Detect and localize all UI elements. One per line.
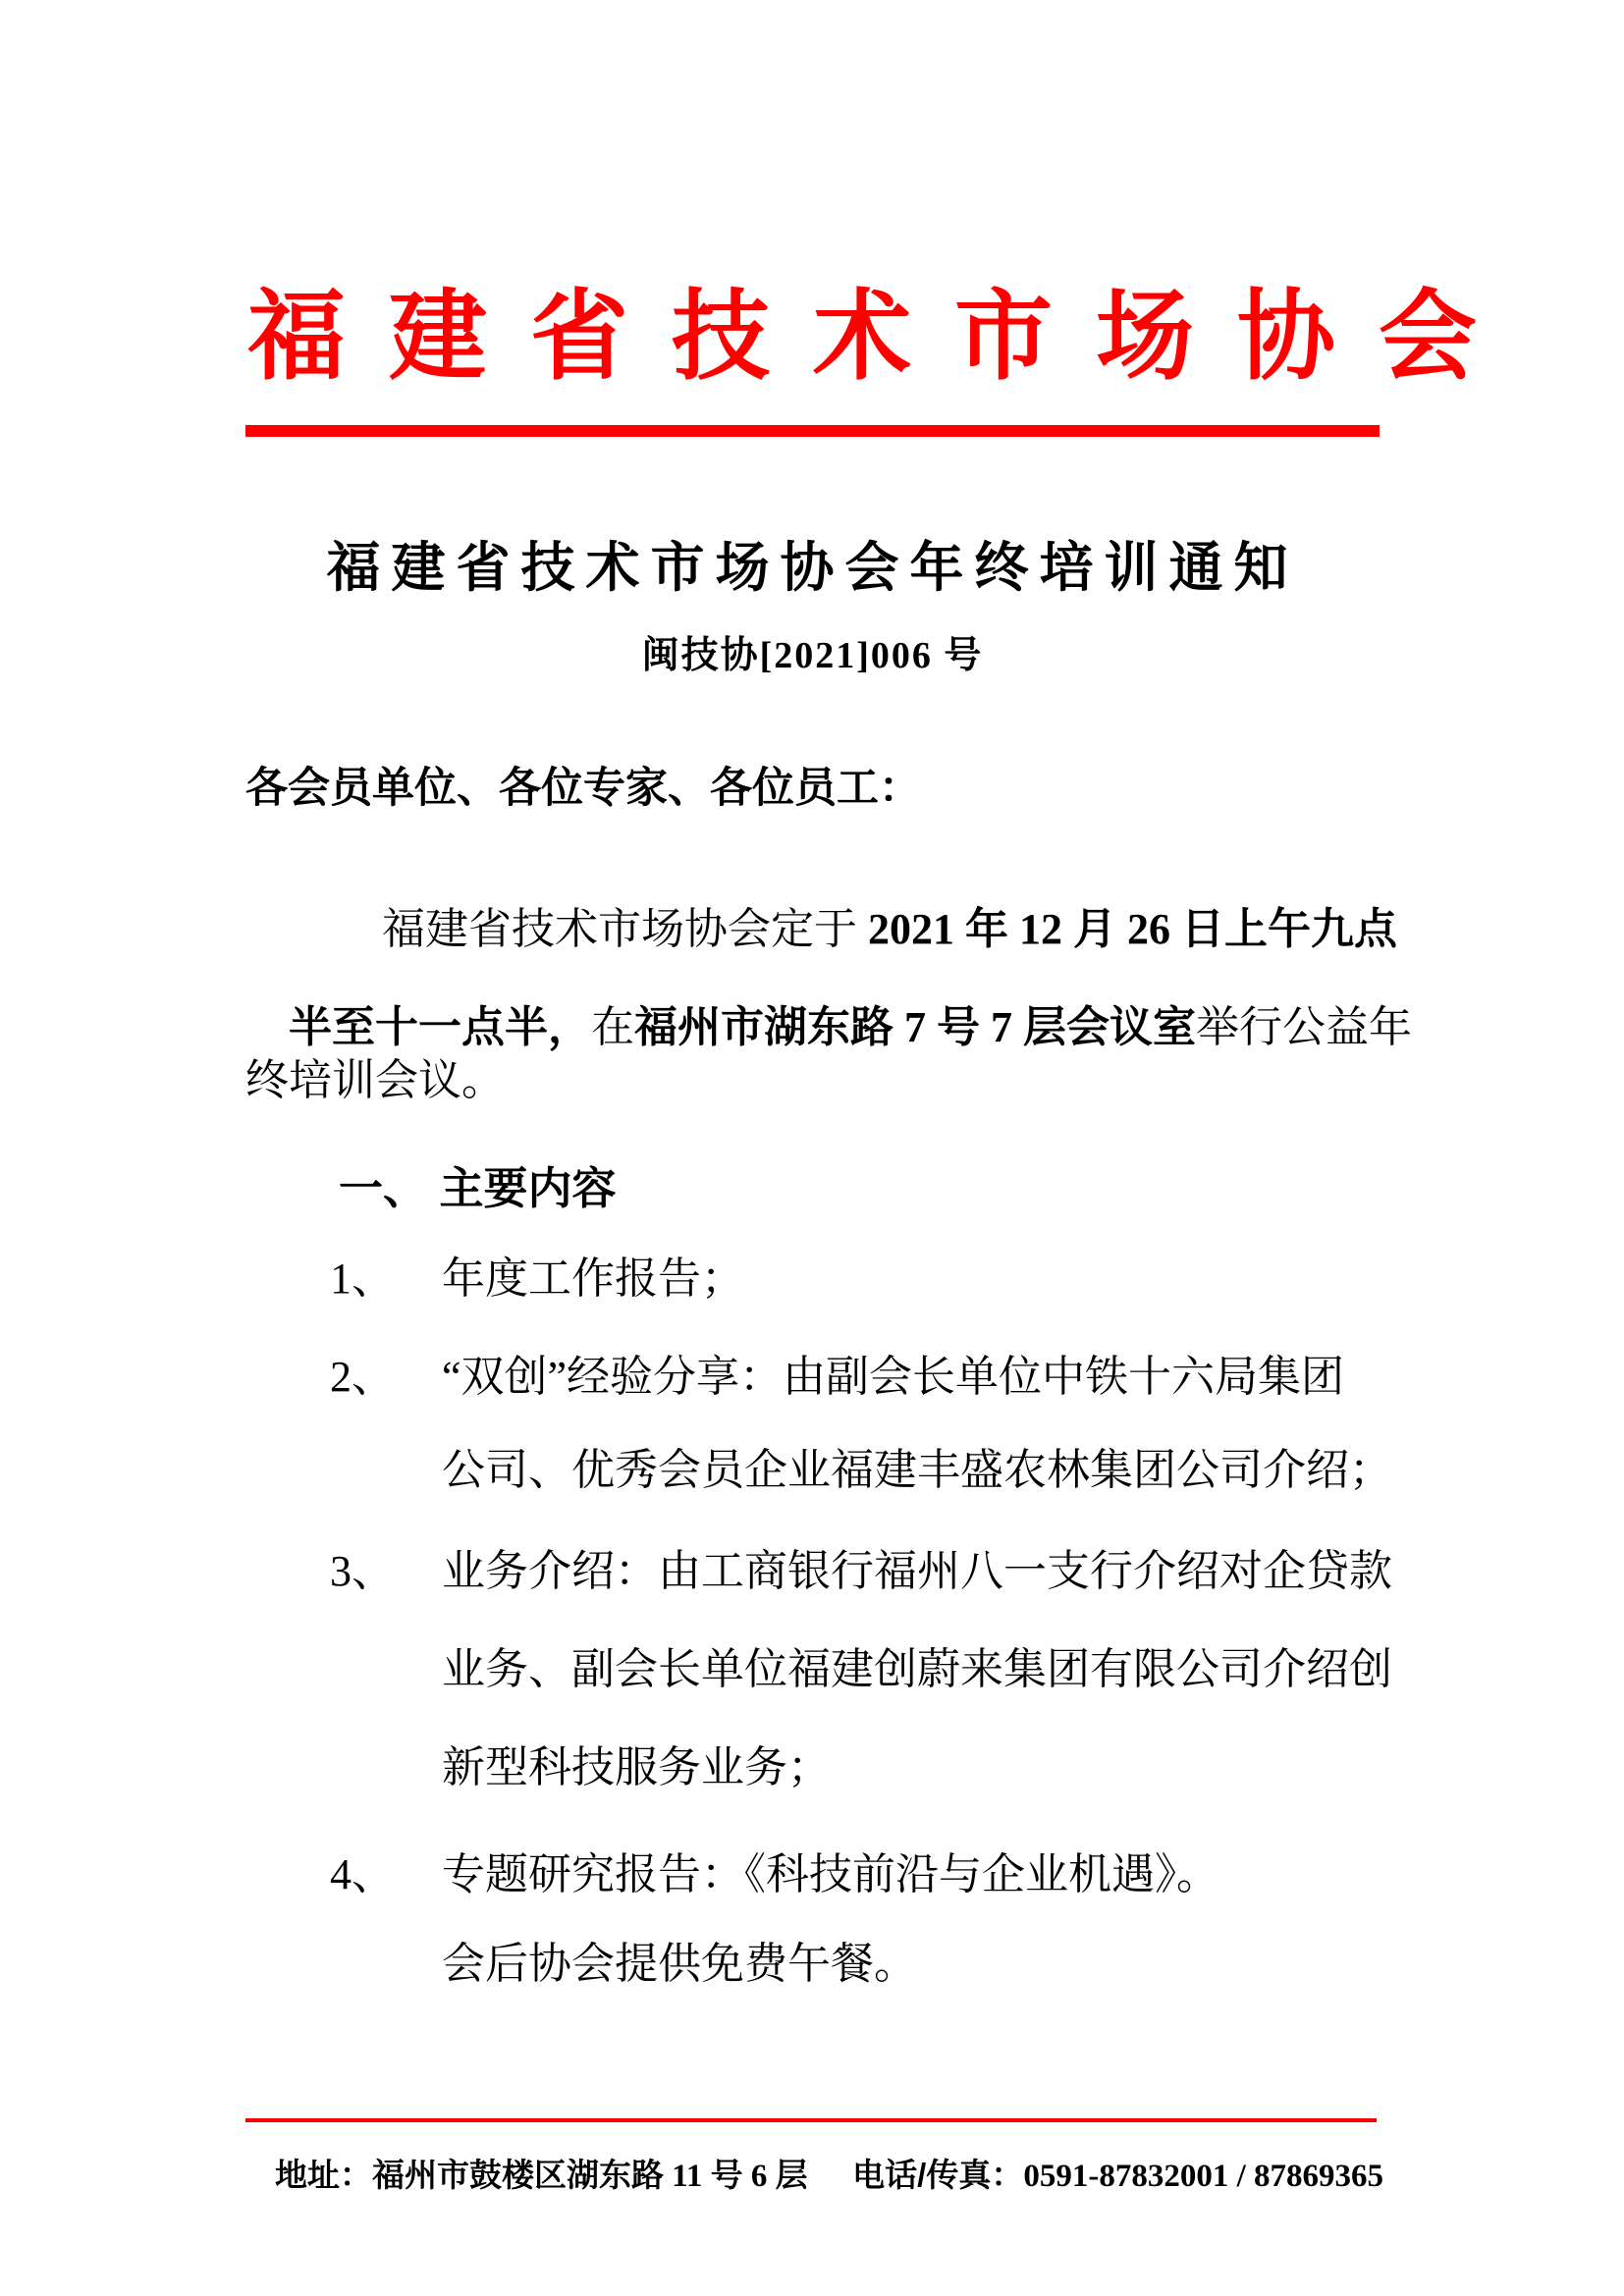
document-page: 福建省技术市场协会 福建省技术市场协会年终培训通知 闽技协[2021]006 号… [0,0,1624,2296]
list-item-3-line-1: 业务介绍：由工商银行福州八一支行介绍对企贷款 [442,1549,1392,1594]
list-item-4-line-2: 会后协会提供免费午餐。 [442,1942,917,1987]
intro-line-3: 终培训会议。 [245,1058,505,1103]
header-divider [245,425,1380,437]
footer-address: 地址：福州市鼓楼区湖东路 11 号 6 层 [243,2124,808,2227]
doc-number: 闽技协[2021]006 号 [245,637,1380,676]
list-item-3-number: 3、 [330,1549,395,1594]
list-item-2-line-2: 公司、优秀会员企业福建丰盛农林集团公司介绍； [442,1448,1392,1493]
list-item-2-line-1: “双创”经验分享：由副会长单位中铁十六局集团 [442,1355,1344,1400]
list-item-3-line-2: 业务、副会长单位福建创蔚来集团有限公司介绍创 [442,1647,1392,1692]
intro-line-2-bold2: 福州市湖东路 7 号 7 层会议室 [634,1003,1196,1051]
list-item-3-line-3: 新型科技服务业务； [442,1745,831,1790]
intro-line-2-normal1: 在 [591,1003,634,1051]
address-value: 福州市鼓楼区湖东路 11 号 6 层 [372,2159,808,2194]
list-item-4-line-1: 专题研究报告：《科技前沿与企业机遇》。 [442,1852,1219,1897]
phone-label: 电话/传真： [852,2157,1023,2193]
list-item-2-number: 2、 [330,1355,395,1400]
footer-divider [245,2118,1377,2122]
list-item-4-number: 4、 [330,1852,395,1897]
org-title: 福建省技术市场协会 [247,286,1520,389]
list-item-1-line-1: 年度工作报告； [442,1256,744,1302]
intro-line-2-bold1: 半至十一点半， [289,1003,591,1051]
list-item-1-number: 1、 [330,1256,395,1302]
footer-phone: 电话/传真：0591-87832001 / 87869365 [820,2124,1383,2227]
doc-title: 福建省技术市场协会年终培训通知 [245,540,1380,597]
intro-line-2-normal2: 举行公益年 [1196,1003,1412,1051]
address-label: 地址： [275,2157,372,2193]
intro-line-1-normal: 福建省技术市场协会定于 [382,905,868,953]
section-heading: 一、 主要内容 [339,1165,617,1211]
salutation: 各会员单位、各位专家、各位员工： [245,767,921,811]
phone-value: 0591-87832001 / 87869365 [1023,2159,1383,2194]
intro-line-1-bold: 2021 年 12 月 26 日上午九点 [868,905,1397,953]
